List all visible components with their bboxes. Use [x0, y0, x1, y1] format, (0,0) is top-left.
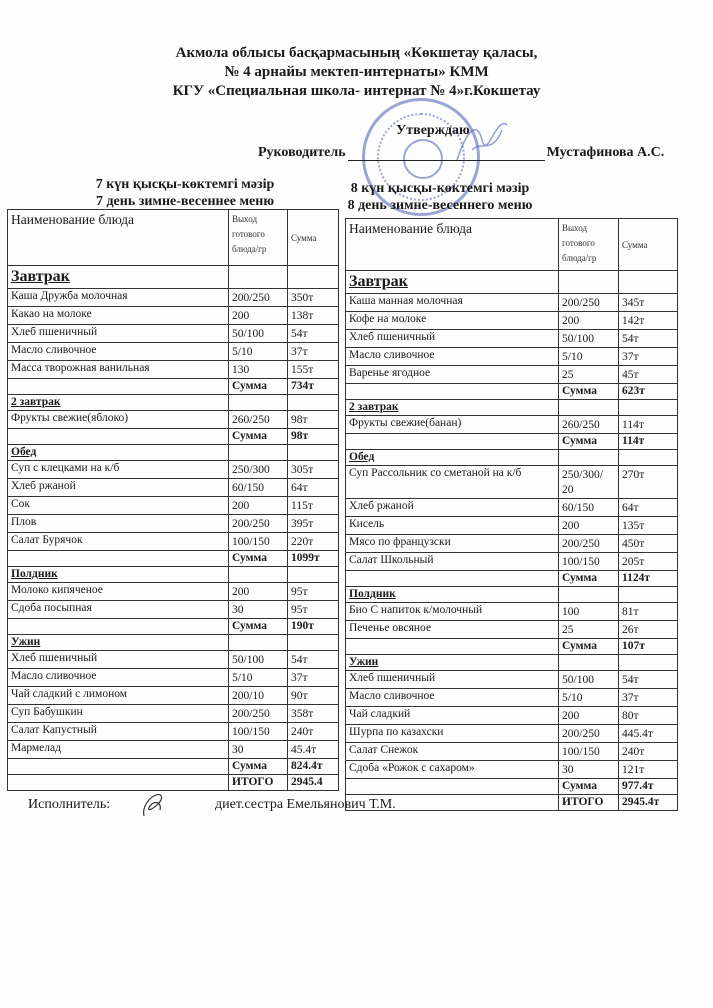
grand-total-label: ИТОГО — [559, 795, 619, 811]
dish-sum: 64т — [288, 479, 339, 497]
empty-cell — [619, 271, 678, 294]
dish-row: Варенье ягодное2545т — [346, 366, 678, 384]
dish-row: Молоко кипяченое20095т — [8, 583, 339, 601]
dish-row: Масло сливочное5/1037т — [346, 348, 678, 366]
dish-name: Салат Бурячок — [8, 533, 229, 551]
dish-sum: 90т — [288, 687, 339, 705]
dish-output: 50/100 — [559, 330, 619, 348]
dish-output: 200 — [559, 707, 619, 725]
dish-output: 60/150 — [559, 499, 619, 517]
dish-sum: 240т — [288, 723, 339, 741]
dish-output: 130 — [229, 361, 288, 379]
dish-name: Хлеб ржаной — [8, 479, 229, 497]
dish-sum: 138т — [288, 307, 339, 325]
section-total-label: Сумма — [229, 551, 288, 567]
executor-name: диет.сестра Емельянович Т.М. — [215, 797, 396, 813]
dish-output: 200/250 — [559, 725, 619, 743]
dish-row: Хлеб пшеничный50/10054т — [8, 651, 339, 669]
section-total-value: 98т — [288, 429, 339, 445]
org-name-ru: КГУ «Специальная школа- интернат № 4»г.К… — [0, 82, 713, 101]
dish-output: 25 — [559, 366, 619, 384]
empty-cell — [229, 567, 288, 583]
col-header-output: Выход готового блюда/гр — [229, 210, 288, 266]
dish-row: Каша Дружба молочная200/250350т — [8, 289, 339, 307]
empty-cell — [619, 450, 678, 466]
empty-cell — [619, 587, 678, 603]
dish-name: Масса творожная ванильная — [8, 361, 229, 379]
director-label: Руководитель — [258, 145, 346, 161]
section-total-value: 734т — [288, 379, 339, 395]
col-header-name: Наименование блюда — [346, 219, 559, 271]
dish-row: Хлеб ржаной60/15064т — [346, 499, 678, 517]
dish-row: Сдоба посыпная3095т — [8, 601, 339, 619]
left-menu-title: 7 күн қысқы-көктемгі мәзір 7 день зимне-… — [40, 176, 330, 210]
dish-output: 30 — [229, 601, 288, 619]
section-row: Ужин — [346, 655, 678, 671]
dish-name: Печенье овсяное — [346, 621, 559, 639]
dish-name: Суп Бабушкин — [8, 705, 229, 723]
dish-sum: 95т — [288, 601, 339, 619]
dish-output: 25 — [559, 621, 619, 639]
section-total-row: Сумма190т — [8, 619, 339, 635]
section-total-row: Сумма1124т — [346, 571, 678, 587]
dish-sum: 240т — [619, 743, 678, 761]
dish-output: 100 — [559, 603, 619, 621]
section-title: Завтрак — [8, 266, 229, 289]
dish-sum: 445.4т — [619, 725, 678, 743]
section-total-label: Сумма — [559, 434, 619, 450]
empty-cell — [559, 271, 619, 294]
dish-output: 100/150 — [559, 553, 619, 571]
dish-name: Салат Снежок — [346, 743, 559, 761]
section-total-row: Сумма734т — [8, 379, 339, 395]
dish-sum: 64т — [619, 499, 678, 517]
dish-name: Сок — [8, 497, 229, 515]
section-title: Полдник — [8, 567, 229, 583]
empty-cell — [346, 571, 559, 587]
dish-sum: 80т — [619, 707, 678, 725]
section-total-label: Сумма — [229, 429, 288, 445]
dish-name: Каша Дружба молочная — [8, 289, 229, 307]
empty-cell — [229, 445, 288, 461]
section-total-row: Сумма977.4т — [346, 779, 678, 795]
dish-output: 200 — [229, 583, 288, 601]
dish-sum: 114т — [619, 416, 678, 434]
right-menu-title: 8 күн қысқы-көктемгі мәзір 8 день зимне-… — [330, 180, 550, 214]
dish-row: Печенье овсяное2526т — [346, 621, 678, 639]
dish-row: Био С напиток к/молочный10081т — [346, 603, 678, 621]
empty-cell — [288, 395, 339, 411]
dish-output: 30 — [229, 741, 288, 759]
empty-cell — [8, 775, 229, 791]
section-title: 2 завтрак — [346, 400, 559, 416]
section-total-value: 623т — [619, 384, 678, 400]
section-title: 2 завтрак — [8, 395, 229, 411]
dish-name: Суп с клецками на к/б — [8, 461, 229, 479]
dish-row: Каша манная молочная200/250345т — [346, 294, 678, 312]
dish-sum: 54т — [288, 651, 339, 669]
dish-output: 5/10 — [229, 343, 288, 361]
section-total-label: Сумма — [559, 779, 619, 795]
dish-output: 200 — [559, 312, 619, 330]
right-title-kz: 8 күн қысқы-көктемгі мәзір — [330, 180, 550, 197]
dish-sum: 135т — [619, 517, 678, 535]
dish-sum: 305т — [288, 461, 339, 479]
section-total-label: Сумма — [559, 571, 619, 587]
director-signature-icon — [452, 110, 512, 170]
dish-output: 260/250 — [559, 416, 619, 434]
empty-cell — [346, 639, 559, 655]
dish-name: Хлеб ржаной — [346, 499, 559, 517]
dish-sum: 54т — [288, 325, 339, 343]
dish-row: Какао на молоке200138т — [8, 307, 339, 325]
dish-sum: 350т — [288, 289, 339, 307]
dish-output: 200 — [559, 517, 619, 535]
section-total-value: 107т — [619, 639, 678, 655]
empty-cell — [288, 567, 339, 583]
dish-row: Мясо по французски200/250450т — [346, 535, 678, 553]
dish-row: Хлеб пшеничный50/10054т — [346, 330, 678, 348]
dish-sum: 54т — [619, 671, 678, 689]
dish-output: 100/150 — [229, 723, 288, 741]
dish-row: Кисель200135т — [346, 517, 678, 535]
dish-sum: 37т — [288, 669, 339, 687]
dish-sum: 45т — [619, 366, 678, 384]
left-title-ru: 7 день зимне-весеннее меню — [40, 193, 330, 210]
dish-row: Мармелад3045.4т — [8, 741, 339, 759]
col-header-output: Выход готового блюда/гр — [559, 219, 619, 271]
dish-name: Плов — [8, 515, 229, 533]
dish-output: 200 — [229, 307, 288, 325]
empty-cell — [346, 779, 559, 795]
dish-output: 50/100 — [229, 651, 288, 669]
dish-name: Хлеб пшеничный — [8, 651, 229, 669]
dish-output: 50/100 — [229, 325, 288, 343]
section-title: Обед — [346, 450, 559, 466]
section-total-value: 190т — [288, 619, 339, 635]
section-title: Ужин — [8, 635, 229, 651]
grand-total-value: 2945.4 — [288, 775, 339, 791]
dish-name: Хлеб пшеничный — [346, 671, 559, 689]
dish-sum: 358т — [288, 705, 339, 723]
dish-sum: 98т — [288, 411, 339, 429]
section-row: 2 завтрак — [346, 400, 678, 416]
dish-name: Молоко кипяченое — [8, 583, 229, 601]
dish-row: Плов200/250395т — [8, 515, 339, 533]
section-total-row: Сумма824.4т — [8, 759, 339, 775]
dish-row: Фрукты свежие(яблоко)260/25098т — [8, 411, 339, 429]
section-total-row: Сумма1099т — [8, 551, 339, 567]
section-total-label: Сумма — [559, 384, 619, 400]
empty-cell — [288, 445, 339, 461]
dish-output: 200/250 — [559, 535, 619, 553]
dish-sum: 220т — [288, 533, 339, 551]
section-total-label: Сумма — [229, 759, 288, 775]
dish-name: Кисель — [346, 517, 559, 535]
dish-output: 200/250 — [229, 705, 288, 723]
dish-output: 30 — [559, 761, 619, 779]
dish-row: Чай сладкий с лимоном200/1090т — [8, 687, 339, 705]
dish-name: Суп Рассольник со сметаной на к/б — [346, 466, 559, 499]
section-total-value: 1124т — [619, 571, 678, 587]
dish-name: Сдоба посыпная — [8, 601, 229, 619]
col-header-name: Наименование блюда — [8, 210, 229, 266]
dish-name: Фрукты свежие(банан) — [346, 416, 559, 434]
dish-row: Салат Школьный100/150205т — [346, 553, 678, 571]
right-title-ru: 8 день зимне-весеннего меню — [330, 197, 550, 214]
dish-output: 250/300 — [229, 461, 288, 479]
section-title: Ужин — [346, 655, 559, 671]
grand-total-row: ИТОГО2945.4 — [8, 775, 339, 791]
left-title-kz: 7 күн қысқы-көктемгі мәзір — [40, 176, 330, 193]
org-name-kz-2: № 4 арнайы мектеп-интернаты» КММ — [0, 63, 713, 82]
dish-name: Шурпа по казахски — [346, 725, 559, 743]
col-header-sum: Сумма — [619, 219, 678, 271]
dish-output: 250/300/20 — [559, 466, 619, 499]
dish-name: Салат Школьный — [346, 553, 559, 571]
dish-row: Масло сливочное5/1037т — [8, 669, 339, 687]
dish-name: Хлеб пшеничный — [346, 330, 559, 348]
dish-row: Фрукты свежие(банан)260/250114т — [346, 416, 678, 434]
dish-name: Кофе на молоке — [346, 312, 559, 330]
section-row: Завтрак — [8, 266, 339, 289]
dish-row: Салат Капустный100/150240т — [8, 723, 339, 741]
section-total-row: Сумма107т — [346, 639, 678, 655]
section-total-label: Сумма — [559, 639, 619, 655]
dish-row: Сдоба «Рожок с сахаром»30121т — [346, 761, 678, 779]
dish-name: Чай сладкий с лимоном — [8, 687, 229, 705]
empty-cell — [559, 450, 619, 466]
section-total-value: 114т — [619, 434, 678, 450]
dish-sum: 37т — [619, 348, 678, 366]
empty-cell — [8, 759, 229, 775]
section-total-value: 977.4т — [619, 779, 678, 795]
signature-line — [348, 146, 545, 161]
empty-cell — [229, 635, 288, 651]
dish-name: Био С напиток к/молочный — [346, 603, 559, 621]
section-total-label: Сумма — [229, 379, 288, 395]
section-row: Обед — [8, 445, 339, 461]
empty-cell — [559, 655, 619, 671]
dish-name: Масло сливочное — [8, 343, 229, 361]
executor-signature-icon — [138, 790, 168, 820]
empty-cell — [619, 655, 678, 671]
dish-sum: 45.4т — [288, 741, 339, 759]
dish-row: Суп с клецками на к/б250/300305т — [8, 461, 339, 479]
dish-sum: 155т — [288, 361, 339, 379]
dish-sum: 345т — [619, 294, 678, 312]
dish-name: Мясо по французски — [346, 535, 559, 553]
dish-name: Салат Капустный — [8, 723, 229, 741]
section-title: Завтрак — [346, 271, 559, 294]
dish-name: Какао на молоке — [8, 307, 229, 325]
dish-output: 50/100 — [559, 671, 619, 689]
col-header-sum: Сумма — [288, 210, 339, 266]
dish-output: 200/250 — [559, 294, 619, 312]
dish-sum: 37т — [288, 343, 339, 361]
dish-row: Масло сливочное5/1037т — [8, 343, 339, 361]
dish-output: 200/10 — [229, 687, 288, 705]
dish-sum: 395т — [288, 515, 339, 533]
org-name-kz: Акмола облысы басқармасының «Көкшетау қа… — [0, 44, 713, 63]
dish-output: 200/250 — [229, 289, 288, 307]
section-row: Ужин — [8, 635, 339, 651]
dish-name: Мармелад — [8, 741, 229, 759]
dish-name: Масло сливочное — [346, 348, 559, 366]
left-menu-table: Наименование блюда Выход готового блюда/… — [7, 209, 339, 791]
dish-name: Сдоба «Рожок с сахаром» — [346, 761, 559, 779]
empty-cell — [559, 587, 619, 603]
dish-sum: 450т — [619, 535, 678, 553]
dish-row: Салат Снежок100/150240т — [346, 743, 678, 761]
dish-sum: 115т — [288, 497, 339, 515]
section-total-row: Сумма623т — [346, 384, 678, 400]
dish-name: Чай сладкий — [346, 707, 559, 725]
dish-sum: 95т — [288, 583, 339, 601]
section-row: Полдник — [346, 587, 678, 603]
section-total-value: 824.4т — [288, 759, 339, 775]
dish-row: Суп Рассольник со сметаной на к/б250/300… — [346, 466, 678, 499]
director-line: Руководитель Мустафинова А.С. — [258, 145, 664, 161]
dish-name: Варенье ягодное — [346, 366, 559, 384]
empty-cell — [346, 434, 559, 450]
dish-output: 200 — [229, 497, 288, 515]
dish-output: 260/250 — [229, 411, 288, 429]
empty-cell — [229, 395, 288, 411]
dish-row: Сок200115т — [8, 497, 339, 515]
grand-total-value: 2945.4т — [619, 795, 678, 811]
section-row: Обед — [346, 450, 678, 466]
section-row: 2 завтрак — [8, 395, 339, 411]
dish-sum: 54т — [619, 330, 678, 348]
empty-cell — [8, 429, 229, 445]
empty-cell — [8, 379, 229, 395]
empty-cell — [229, 266, 288, 289]
dish-row: Салат Бурячок100/150220т — [8, 533, 339, 551]
right-menu-table: Наименование блюда Выход готового блюда/… — [345, 218, 678, 811]
dish-row: Суп Бабушкин200/250358т — [8, 705, 339, 723]
dish-row: Масло сливочное5/1037т — [346, 689, 678, 707]
grand-total-label: ИТОГО — [229, 775, 288, 791]
dish-sum: 81т — [619, 603, 678, 621]
empty-cell — [559, 400, 619, 416]
empty-cell — [8, 551, 229, 567]
dish-sum: 270т — [619, 466, 678, 499]
dish-output: 100/150 — [229, 533, 288, 551]
dish-row: Шурпа по казахски200/250445.4т — [346, 725, 678, 743]
dish-output: 5/10 — [559, 348, 619, 366]
section-row: Полдник — [8, 567, 339, 583]
empty-cell — [288, 266, 339, 289]
dish-row: Кофе на молоке200142т — [346, 312, 678, 330]
dish-name: Каша манная молочная — [346, 294, 559, 312]
dish-sum: 121т — [619, 761, 678, 779]
dish-output: 100/150 — [559, 743, 619, 761]
dish-sum: 205т — [619, 553, 678, 571]
dish-row: Масса творожная ванильная130155т — [8, 361, 339, 379]
dish-row: Хлеб пшеничный50/10054т — [8, 325, 339, 343]
section-title: Обед — [8, 445, 229, 461]
section-total-row: Сумма114т — [346, 434, 678, 450]
dish-output: 5/10 — [229, 669, 288, 687]
section-total-value: 1099т — [288, 551, 339, 567]
dish-name: Масло сливочное — [8, 669, 229, 687]
dish-name: Хлеб пшеничный — [8, 325, 229, 343]
dish-row: Хлеб пшеничный50/10054т — [346, 671, 678, 689]
dish-row: Чай сладкий20080т — [346, 707, 678, 725]
section-title: Полдник — [346, 587, 559, 603]
empty-cell — [288, 635, 339, 651]
empty-cell — [619, 400, 678, 416]
dish-name: Масло сливочное — [346, 689, 559, 707]
dish-sum: 142т — [619, 312, 678, 330]
empty-cell — [346, 384, 559, 400]
director-name: Мустафинова А.С. — [547, 145, 665, 161]
executor-label: Исполнитель: — [28, 797, 110, 813]
section-total-row: Сумма98т — [8, 429, 339, 445]
dish-output: 5/10 — [559, 689, 619, 707]
section-total-label: Сумма — [229, 619, 288, 635]
empty-cell — [8, 619, 229, 635]
dish-output: 200/250 — [229, 515, 288, 533]
section-row: Завтрак — [346, 271, 678, 294]
approval-label: Утверждаю — [396, 123, 470, 139]
dish-output: 60/150 — [229, 479, 288, 497]
dish-sum: 26т — [619, 621, 678, 639]
dish-sum: 37т — [619, 689, 678, 707]
dish-row: Хлеб ржаной60/15064т — [8, 479, 339, 497]
dish-name: Фрукты свежие(яблоко) — [8, 411, 229, 429]
